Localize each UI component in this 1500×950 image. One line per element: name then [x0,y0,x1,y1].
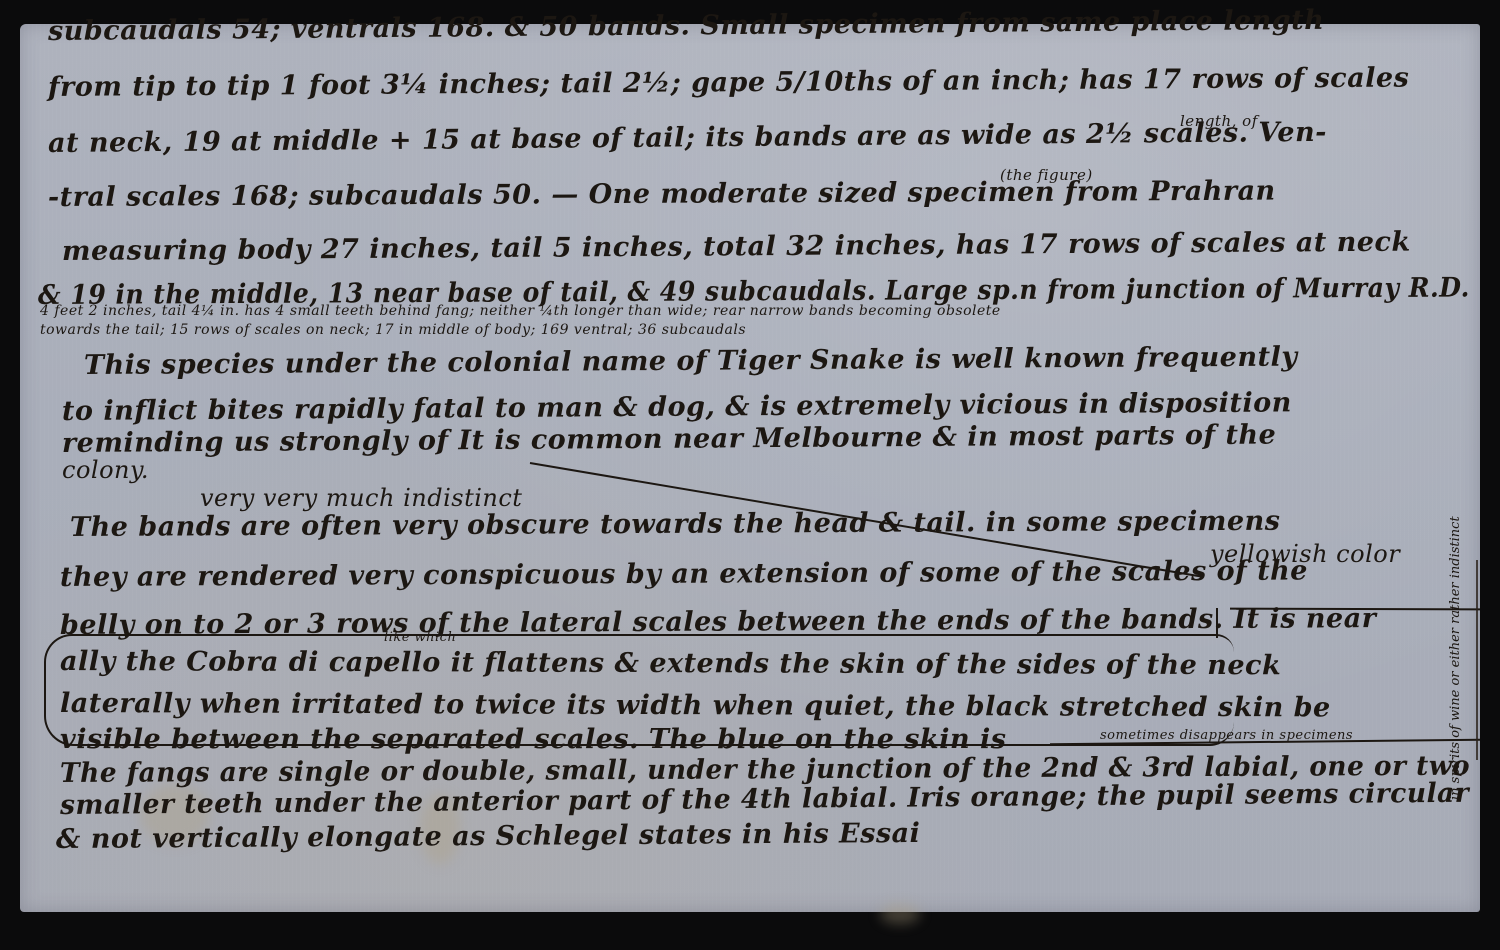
manuscript-line-13: The bands are often very obscure towards… [70,506,1281,543]
manuscript-line-7: 4 feet 2 inches, tail 4¼ in. has 4 small… [40,303,1001,319]
margin-note-vertical: in spirits of wine or either rather indi… [1448,516,1463,800]
manuscript-line-12: colony. [62,456,149,484]
manuscript-line-17: laterally when irritated to twice its wi… [60,688,1331,723]
insertion-sometimes-disappears: sometimes disappears in specimens [1100,728,1353,743]
insertion-like-which: like which [384,630,456,645]
paper-stain [880,904,920,924]
manuscript-line-16: ally the Cobra di capello it flattens & … [60,646,1281,681]
manuscript-line-14: they are rendered very conspicuous by an… [60,555,1308,593]
manuscript-line-18: visible between the separated scales. Th… [60,724,1006,755]
manuscript-line-8: towards the tail; 15 rows of scales on n… [40,322,746,338]
insertion-very-indistinct: very very much indistinct [200,484,522,512]
scan-frame: subcaudals 54; ventrals 168. & 50 bands.… [0,0,1500,950]
manuscript-line-4: -tral scales 168; subcaudals 50. — One m… [48,176,1276,213]
margin-rule [1476,560,1478,760]
manuscript-line-21: & not vertically elongate as Schlegel st… [56,818,921,855]
